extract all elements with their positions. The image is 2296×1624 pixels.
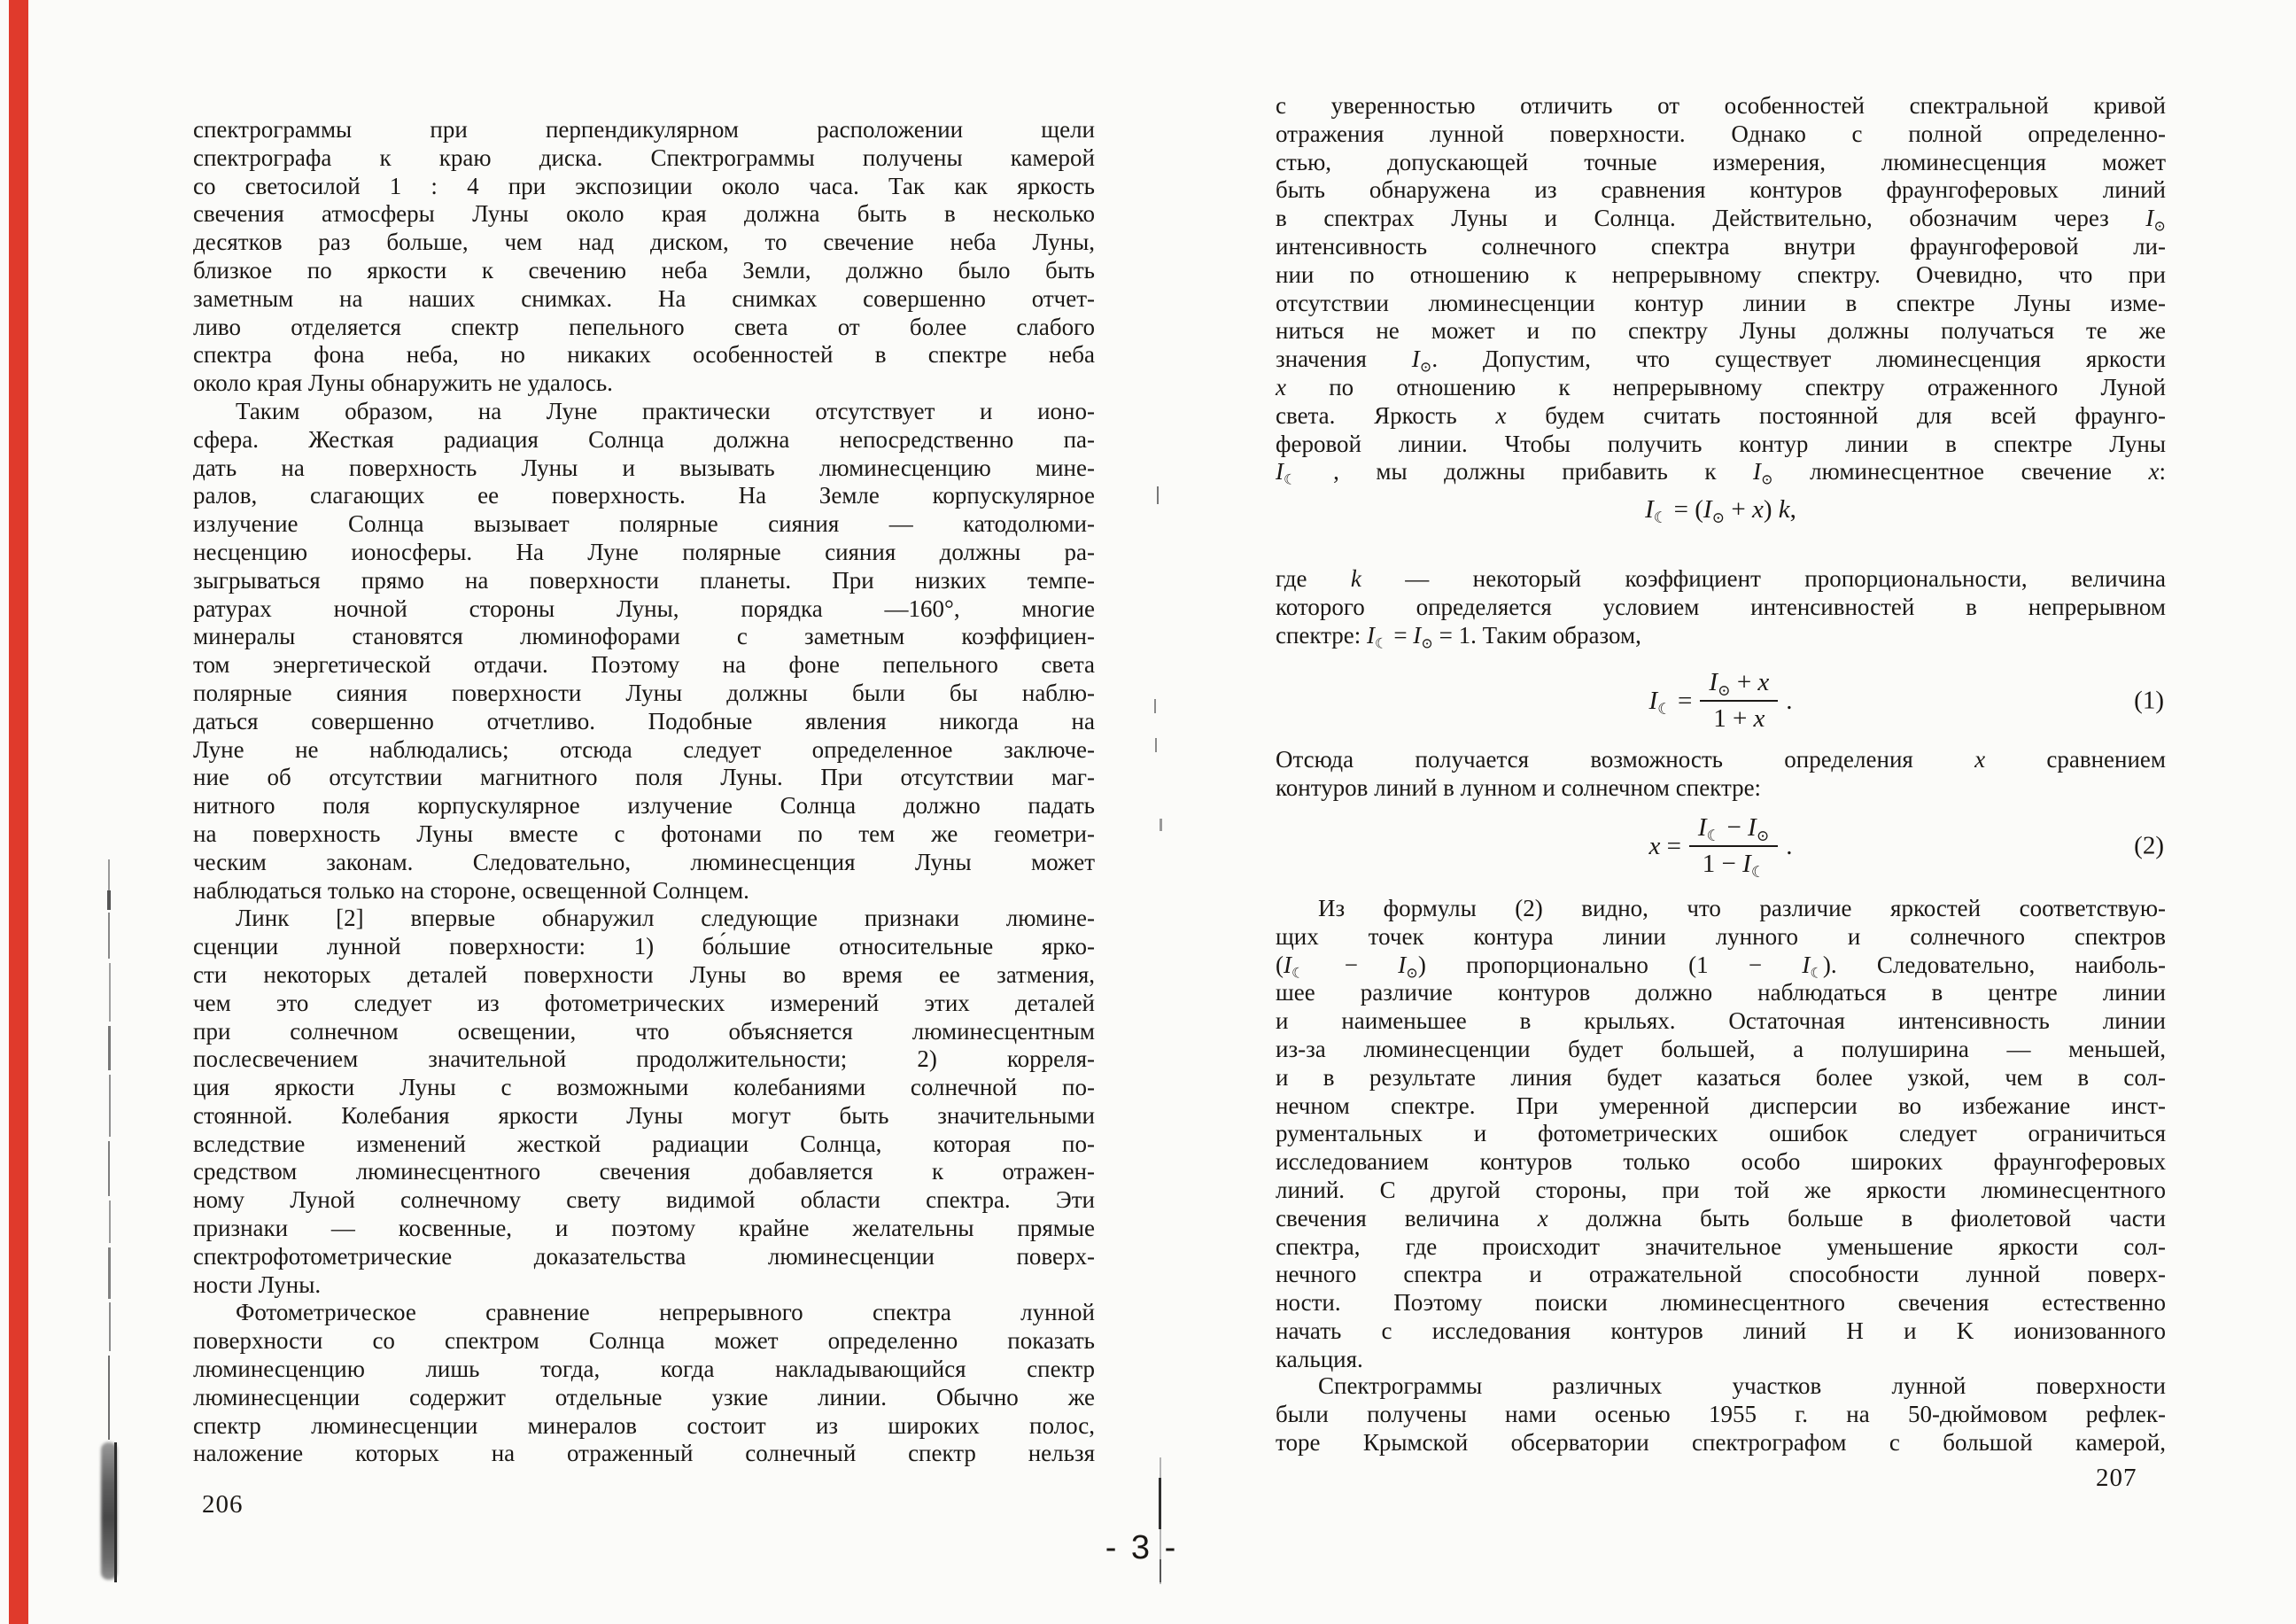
text-line: ливо отделяется спектр пепельного света …: [193, 314, 1095, 342]
page-number-right: 207: [2096, 1464, 2137, 1493]
fraction-numerator: I☾ − I⊙: [1689, 813, 1778, 847]
margin-mark: [108, 859, 110, 895]
text-line: вследствие изменений жесткой радиации Со…: [193, 1131, 1095, 1159]
equation-number-1: (1): [2134, 687, 2164, 716]
formula-1: I☾ = I⊙ + x1 + x . (1): [1276, 659, 2166, 742]
formula-tail: .: [1786, 687, 1792, 716]
fraction-numerator: I⊙ + x: [1700, 668, 1778, 702]
text-line: спектр люминесценции минералов состоит и…: [193, 1412, 1095, 1441]
text-line: даться совершенно отчетливо. Подобные яв…: [193, 708, 1095, 736]
text-line: сти некоторых деталей поверхности Луны в…: [193, 961, 1095, 990]
text-line: Фотометрическое сравнение непрерывного с…: [193, 1299, 1095, 1327]
text-line: были получены нами осенью 1955 г. на 50-…: [1276, 1401, 2166, 1429]
text-line: со светосилой 1 : 4 при экспозиции около…: [193, 173, 1095, 201]
text-line: рументальных и фотометрических ошибок сл…: [1276, 1120, 2166, 1148]
text-line: света. Яркость x будем считать постоянно…: [1276, 402, 2166, 431]
text-line: наблюдаться только на стороне, освещенно…: [193, 877, 1095, 905]
margin-mark: [109, 1075, 111, 1137]
text-line: люминесценции содержит отдельные узкие л…: [193, 1384, 1095, 1412]
text-line: нии по отношению к непрерывному спектру.…: [1276, 261, 2166, 290]
text-line: спектра фона неба, но никаких особенност…: [193, 341, 1095, 369]
text-line: чем это следует из фотометрических измер…: [193, 990, 1095, 1018]
text-line: на поверхность Луны вместе с фотонами по…: [193, 820, 1095, 849]
text-line: отражения лунной поверхности. Однако с п…: [1276, 120, 2166, 149]
text-line: ности. Поэтому поиски люминесцентного св…: [1276, 1289, 2166, 1317]
text-line: несценцию ионосферы. На Луне полярные си…: [193, 539, 1095, 567]
text-line: свечения атмосферы Луны около края должн…: [193, 200, 1095, 229]
text-line: (I☾ − I⊙) пропорционально (1 − I☾). След…: [1276, 952, 2166, 980]
text-line: ному Луной солнечному свету видимой обла…: [193, 1186, 1095, 1215]
text-line: спектра, где происходит значительное уме…: [1276, 1233, 2166, 1262]
text-line: которого определяется условием интенсивн…: [1276, 594, 2166, 622]
text-line: линий. С другой стороны, при той же ярко…: [1276, 1177, 2166, 1205]
text-line: свечения величина x должна быть больше в…: [1276, 1205, 2166, 1233]
text-line: отсутствии люминесценции контур линии в …: [1276, 290, 2166, 318]
fraction-denominator: 1 + x: [1700, 702, 1778, 734]
sheet-counter: - 3 -: [1101, 1529, 1183, 1567]
margin-mark: [109, 1201, 111, 1243]
text-line: феровой линии. Чтобы получить контур лин…: [1276, 431, 2166, 459]
text-line: из-за люминесценции будет большей, а пол…: [1276, 1036, 2166, 1064]
text-line: с уверенностью отличить от особенностей …: [1276, 92, 2166, 120]
text-line: том энергетической отдачи. Поэтому на фо…: [193, 651, 1095, 680]
margin-mark: [109, 963, 111, 1022]
gutter-mark: [1160, 819, 1162, 831]
text-line: интенсивность солнечного спектра внутри …: [1276, 233, 2166, 261]
text-line: Линк [2] впервые обнаружил следующие при…: [193, 905, 1095, 933]
text-line: спектре: I☾ = I⊙ = 1. Таким образом,: [1276, 622, 2166, 650]
fraction: I☾ − I⊙1 − I☾: [1689, 813, 1778, 879]
text-line: дать на поверхность Луны и вызывать люми…: [193, 455, 1095, 483]
text-line: Из формулы (2) видно, что различие яркос…: [1276, 895, 2166, 923]
gutter-mark: [1154, 699, 1156, 713]
text-line: послесвечением значительной продолжитель…: [193, 1045, 1095, 1074]
text-line: средством люминесцентного свечения добав…: [193, 1158, 1095, 1186]
text-line: нитного поля корпускулярное излучение Со…: [193, 792, 1095, 820]
margin-mark: [108, 1247, 111, 1299]
right-page-text-block-5: Спектрограммы различных участков лунной …: [1276, 1372, 2166, 1457]
text-line: сценции лунной поверхности: 1) бо́льшие …: [193, 933, 1095, 961]
gutter-mark: [1155, 738, 1157, 752]
text-line: ралов, слагающих ее поверхность. На Земл…: [193, 482, 1095, 510]
right-page-text-block-1: с уверенностью отличить от особенностей …: [1276, 92, 2166, 486]
formula-tail: .: [1786, 832, 1792, 861]
text-line: торе Крымской обсерватории спектрографом…: [1276, 1429, 2166, 1457]
text-line: излучение Солнца вызывает полярные сияни…: [193, 510, 1095, 539]
text-line: наложение которых на отраженный солнечны…: [193, 1440, 1095, 1468]
gutter-fold-line: [1159, 1478, 1161, 1529]
text-line: ческим законам. Следовательно, люминесце…: [193, 849, 1095, 877]
text-line: ниться не может и по спектру Луны должны…: [1276, 317, 2166, 346]
text-line: люминесценцию лишь тогда, когда накладыв…: [193, 1356, 1095, 1384]
formula-lhs: x =: [1648, 832, 1680, 861]
text-line: ция яркости Луны с возможными колебаниям…: [193, 1074, 1095, 1102]
text-line: минералы становятся люминофорами с замет…: [193, 623, 1095, 651]
text-line: нечного спектра и отражательной способно…: [1276, 1261, 2166, 1289]
text-line: и наименьшее в крыльях. Остаточная интен…: [1276, 1007, 2166, 1036]
page-number-left: 206: [202, 1490, 244, 1519]
text-line: контуров линий в лунном и солнечном спек…: [1276, 774, 2166, 803]
fraction: I⊙ + x1 + x: [1700, 668, 1778, 734]
text-line: Отсюда получается возможность определени…: [1276, 746, 2166, 774]
margin-mark: [108, 1026, 111, 1070]
red-edge-strip: [9, 0, 28, 1624]
text-line: начать с исследования контуров линий H и…: [1276, 1317, 2166, 1346]
text-line: спектрофотометрические доказательства лю…: [193, 1243, 1095, 1271]
text-line: сфера. Жесткая радиация Солнца должна не…: [193, 426, 1095, 455]
formula-expression: I☾ = (I⊙ + x) k,: [1645, 495, 1796, 524]
fraction-denominator: 1 − I☾: [1689, 847, 1778, 879]
text-line: значения I⊙. Допустим, что существует лю…: [1276, 346, 2166, 374]
formula-2: x = I☾ − I⊙1 − I☾ . (2): [1276, 804, 2166, 888]
text-line: ние об отсутствии магнитного поля Луны. …: [193, 764, 1095, 792]
text-line: где k — некоторый коэффициент пропорцион…: [1276, 565, 2166, 594]
gutter-mark: [1157, 486, 1159, 504]
right-page-text-block-4: Из формулы (2) видно, что различие яркос…: [1276, 895, 2166, 1374]
text-line: стоянной. Колебания яркости Луны могут б…: [193, 1102, 1095, 1131]
text-line: десятков раз больше, чем над диском, то …: [193, 229, 1095, 257]
text-line: исследованием контуров только особо широ…: [1276, 1148, 2166, 1177]
text-line: при солнечном освещении, что объясняется…: [193, 1018, 1095, 1046]
right-page-text-block-3: Отсюда получается возможность определени…: [1276, 746, 2166, 803]
text-line: Спектрограммы различных участков лунной …: [1276, 1372, 2166, 1401]
text-line: быть обнаружена из сравнения контуров фр…: [1276, 176, 2166, 205]
text-line: близкое по яркости к свечению неба Земли…: [193, 257, 1095, 285]
equation-number-2: (2): [2134, 832, 2164, 861]
text-line: признаки — косвенные, и поэтому крайне ж…: [193, 1215, 1095, 1243]
margin-mark: [109, 1302, 111, 1351]
text-line: около края Луны обнаружить не удалось.: [193, 369, 1095, 398]
text-line: заметным на наших снимках. На снимках со…: [193, 285, 1095, 314]
formula-lhs: I☾ =: [1648, 687, 1692, 716]
text-line: спектрографа к краю диска. Спектрограммы…: [193, 144, 1095, 173]
scanned-book-spread: { "page": { "background": "#fbfbf9", "in…: [0, 0, 2296, 1624]
text-line: поверхности со спектром Солнца может опр…: [193, 1327, 1095, 1356]
text-line: щих точек контура линии лунного и солнеч…: [1276, 923, 2166, 952]
text-line: и в результате линия будет казаться боле…: [1276, 1064, 2166, 1092]
margin-mark: [107, 890, 111, 910]
text-line: стью, допускающей точные измерения, люми…: [1276, 149, 2166, 177]
margin-smudge: [114, 1442, 117, 1582]
text-line: спектрограммы при перпендикулярном распо…: [193, 116, 1095, 144]
text-line: нечном спектре. При умеренной дисперсии …: [1276, 1092, 2166, 1121]
margin-mark: [108, 913, 110, 959]
text-line: ности Луны.: [193, 1271, 1095, 1300]
text-line: ратурах ночной стороны Луны, порядка —16…: [193, 595, 1095, 624]
text-line: полярные сияния поверхности Луны должны …: [193, 680, 1095, 708]
text-line: x по отношению к непрерывному спектру от…: [1276, 374, 2166, 402]
text-line: зыгрываться прямо на поверхности планеты…: [193, 567, 1095, 595]
left-page-text: спектрограммы при перпендикулярном распо…: [193, 116, 1095, 1468]
text-line: шее различие контуров должно наблюдаться…: [1276, 979, 2166, 1007]
right-page-text-block-2: где k — некоторый коэффициент пропорцион…: [1276, 565, 2166, 649]
margin-mark: [108, 1141, 110, 1196]
text-line: Луне не наблюдались; отсюда следует опре…: [193, 736, 1095, 765]
text-line: I☾ , мы должны прибавить к I⊙ люминесцен…: [1276, 458, 2166, 486]
margin-mark: [108, 1356, 110, 1440]
text-line: кальция.: [1276, 1346, 2166, 1374]
text-line: Таким образом, на Луне практически отсут…: [193, 398, 1095, 426]
text-line: в спектрах Луны и Солнца. Действительно,…: [1276, 205, 2166, 233]
formula-inline: I☾ = (I⊙ + x) k,: [1276, 489, 2166, 530]
